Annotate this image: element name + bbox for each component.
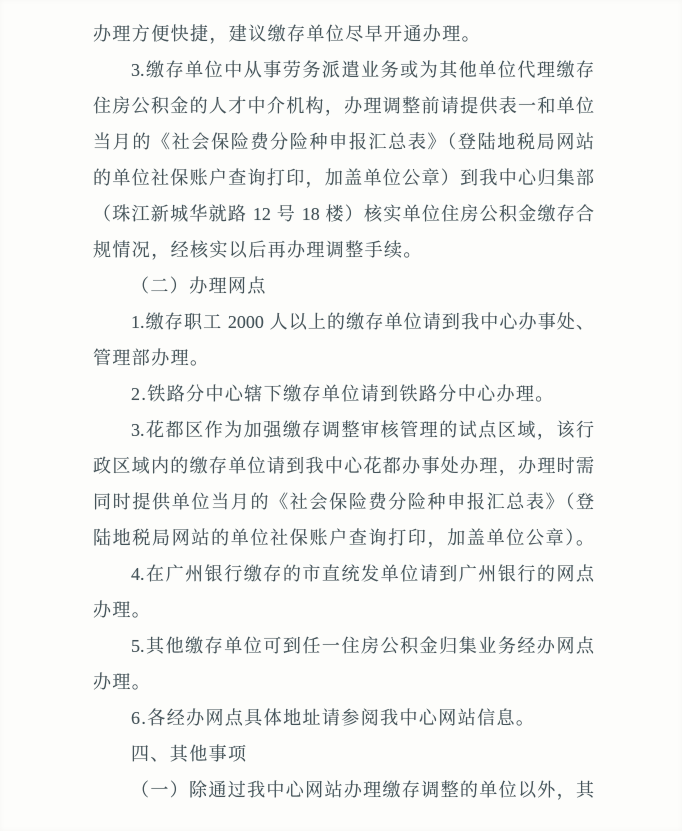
document-line: 2.铁路分中心辖下缴存单位请到铁路分中心办理。 bbox=[93, 376, 594, 412]
document-line: 陆地税局网站的单位社保账户查询打印，加盖单位公章）。 bbox=[93, 520, 594, 556]
document-line: 政区域内的缴存单位请到我中心花都办事处办理，办理时需 bbox=[93, 448, 594, 484]
document-line: 6.各经办网点具体地址请参阅我中心网站信息。 bbox=[93, 700, 594, 736]
document-line: 的单位社保账户查询打印，加盖单位公章）到我中心归集部 bbox=[93, 160, 594, 196]
document-line: 办理。 bbox=[93, 664, 594, 700]
document-text: 办理方便快捷，建议缴存单位尽早开通办理。 3.缴存单位中从事劳务派遣业务或为其他… bbox=[93, 16, 594, 808]
document-line: 管理部办理。 bbox=[93, 340, 594, 376]
section-heading-banli-wangdian: （二）办理网点 bbox=[93, 268, 594, 304]
document-line: 规情况，经核实以后再办理调整手续。 bbox=[93, 232, 594, 268]
document-line: 办理方便快捷，建议缴存单位尽早开通办理。 bbox=[93, 16, 594, 52]
document-line: 当月的《社会保险费分险种申报汇总表》（登陆地税局网站 bbox=[93, 124, 594, 160]
document-line: （一）除通过我中心网站办理缴存调整的单位以外，其 bbox=[93, 772, 594, 808]
document-line: 1.缴存职工 2000 人以上的缴存单位请到我中心办事处、 bbox=[93, 304, 594, 340]
document-line: 3.花都区作为加强缴存调整审核管理的试点区域，该行 bbox=[93, 412, 594, 448]
document-line: （珠江新城华就路 12 号 18 楼）核实单位住房公积金缴存合 bbox=[93, 196, 594, 232]
document-page: 办理方便快捷，建议缴存单位尽早开通办理。 3.缴存单位中从事劳务派遣业务或为其他… bbox=[0, 0, 682, 831]
document-line: 4.在广州银行缴存的市直统发单位请到广州银行的网点 bbox=[93, 556, 594, 592]
document-line: 办理。 bbox=[93, 592, 594, 628]
document-line: 3.缴存单位中从事劳务派遣业务或为其他单位代理缴存 bbox=[93, 52, 594, 88]
document-line: 5.其他缴存单位可到任一住房公积金归集业务经办网点 bbox=[93, 628, 594, 664]
section-heading-qita-shixiang: 四、其他事项 bbox=[93, 736, 594, 772]
document-line: 同时提供单位当月的《社会保险费分险种申报汇总表》（登 bbox=[93, 484, 594, 520]
document-line: 住房公积金的人才中介机构，办理调整前请提供表一和单位 bbox=[93, 88, 594, 124]
